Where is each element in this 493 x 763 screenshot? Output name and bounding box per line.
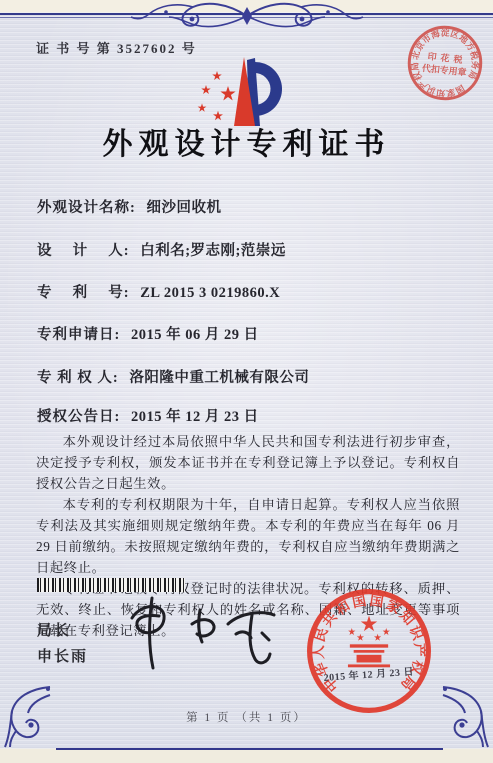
page-number: 第 1 页 （共 1 页） xyxy=(0,709,493,725)
legal-paragraph-1: 本外观设计经过本局依照中华人民共和国专利法进行初步审查，决定授予专利权，颁发本证… xyxy=(36,431,460,494)
legal-paragraph-2: 本专利的专利权期限为十年，自申请日起算。专利权人应当依照专利法及其实施细则规定缴… xyxy=(36,494,460,578)
field-value: 白利名;罗志刚;范崇远 xyxy=(140,243,286,259)
field-label: 专 利 号: xyxy=(37,285,130,301)
page-title: 外观设计专利证书 xyxy=(0,119,493,163)
field-value: 2015 年 06 月 29 日 xyxy=(131,327,259,343)
field-patentee: 专 利 权 人: 洛阳隆中重工机械有限公司 xyxy=(37,366,467,387)
certificate-number: 证 书 号 第 3527602 号 xyxy=(36,38,197,57)
tax-stamp-icon: 北京市海淀区地方税务局 国家知识产权局 印 花 税 代扣专用章 xyxy=(393,11,493,114)
field-filing-date: 专利申请日: 2015 年 06 月 29 日 xyxy=(37,323,467,344)
field-designers: 设 计 人: 白利名;罗志刚;范崇远 xyxy=(37,239,467,260)
field-patent-number: 专 利 号: ZL 2015 3 0219860.X xyxy=(37,281,467,302)
patent-certificate-page: 证 书 号 第 3527602 号 北京市海淀区地方税务局 国家知识产权局 印 … xyxy=(0,0,493,763)
field-label: 设 计 人: xyxy=(37,243,130,259)
field-value: 洛阳隆中重工机械有限公司 xyxy=(129,370,309,386)
signature-icon xyxy=(112,590,288,678)
corner-flourish-right-icon xyxy=(439,685,491,749)
bottom-border-line xyxy=(56,748,443,750)
signer-name: 申长雨 xyxy=(37,645,88,666)
field-label: 专 利 权 人: xyxy=(37,370,119,386)
field-value: 细沙回收机 xyxy=(146,200,221,216)
signer-title: 局长 xyxy=(37,619,71,640)
official-seal-icon: 中华人民共和国国家知识产权局 2015 年 12 月 23 日 xyxy=(302,584,436,718)
sipo-logo-icon xyxy=(192,54,304,128)
field-label: 外观设计名称: xyxy=(37,200,136,216)
field-grant-date: 授权公告日: 2015 年 12 月 23 日 xyxy=(37,405,467,426)
corner-flourish-left-icon xyxy=(2,685,54,749)
field-value: 2015 年 12 月 23 日 xyxy=(131,409,259,425)
header-flourish-icon xyxy=(129,0,365,39)
field-label: 授权公告日: xyxy=(37,409,120,425)
field-value: ZL 2015 3 0219860.X xyxy=(140,285,280,301)
field-design-name: 外观设计名称: 细沙回收机 xyxy=(37,196,467,217)
field-label: 专利申请日: xyxy=(37,327,120,343)
tax-stamp-center-line1: 印 花 税 xyxy=(427,50,464,65)
